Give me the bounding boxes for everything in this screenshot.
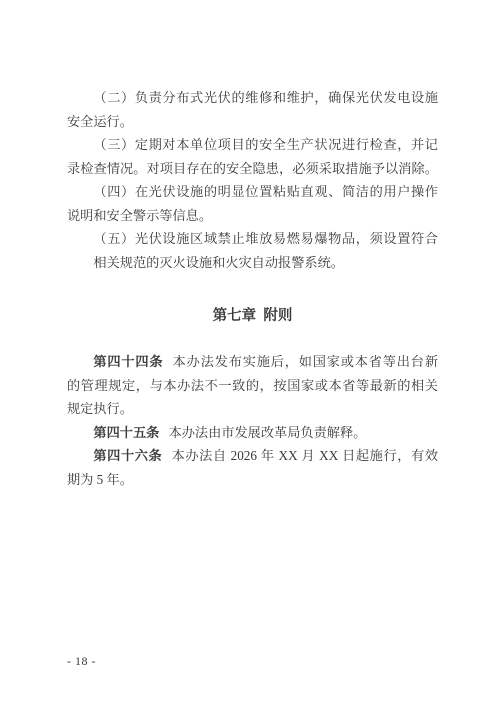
line-text: 本办法自 2026 年 XX 月 XX 日起施行，有效 xyxy=(172,448,438,463)
line-text: 安全运行。 xyxy=(67,114,133,129)
text-line: （三）定期对本单位项目的安全生产状况进行检查，并记 xyxy=(67,133,438,157)
duties-list-section: （二）负责分布式光伏的维修和维护，确保光伏发电设施安全运行。（三）定期对本单位项… xyxy=(67,86,438,274)
text-line: 规定执行。 xyxy=(67,397,438,421)
article-number-label: 第四十五条 xyxy=(93,425,159,440)
line-text: 规定执行。 xyxy=(67,401,133,416)
line-text: 录检查情况。对项目存在的安全隐患，必须采取措施予以消除。 xyxy=(67,161,438,176)
text-line: 第四十四条本办法发布实施后，如国家或本省等出台新 xyxy=(67,350,438,374)
line-text: 说明和安全警示等信息。 xyxy=(67,208,212,223)
text-line: （四）在光伏设施的明显位置粘贴直观、简洁的用户操作 xyxy=(67,180,438,204)
articles-section: 第四十四条本办法发布实施后，如国家或本省等出台新的管理规定，与本办法不一致的，按… xyxy=(67,350,438,491)
line-text: （二）负责分布式光伏的维修和维护，确保光伏发电设施 xyxy=(93,90,438,105)
line-text: 本办法发布实施后，如国家或本省等出台新 xyxy=(173,354,438,369)
text-line: 期为 5 年。 xyxy=(67,468,438,492)
line-text: 本办法由市发展改革局负责解释。 xyxy=(169,425,367,440)
line-text: 的管理规定，与本办法不一致的，按国家或本省等最新的相关 xyxy=(67,378,438,393)
line-text: 期为 5 年。 xyxy=(67,472,133,487)
text-line: 的管理规定，与本办法不一致的，按国家或本省等最新的相关 xyxy=(67,374,438,398)
text-line: 录检查情况。对项目存在的安全隐患，必须采取措施予以消除。 xyxy=(67,157,438,181)
page-number: - 18 - xyxy=(67,654,96,669)
text-line: 安全运行。 xyxy=(67,110,438,134)
line-text: （三）定期对本单位项目的安全生产状况进行检查，并记 xyxy=(93,137,438,152)
text-line: 第四十六条本办法自 2026 年 XX 月 XX 日起施行，有效 xyxy=(67,444,438,468)
document-page: （二）负责分布式光伏的维修和维护，确保光伏发电设施安全运行。（三）定期对本单位项… xyxy=(0,0,500,707)
text-line: 说明和安全警示等信息。 xyxy=(67,204,438,228)
chapter-heading: 第七章 附则 xyxy=(67,304,438,328)
line-text: 相关规范的灭火设施和火灾自动报警系统。 xyxy=(93,255,344,270)
line-text: （四）在光伏设施的明显位置粘贴直观、简洁的用户操作 xyxy=(93,184,438,199)
text-line: （二）负责分布式光伏的维修和维护，确保光伏发电设施 xyxy=(67,86,438,110)
line-text: （五）光伏设施区域禁止堆放易燃易爆物品，须设置符合 xyxy=(93,231,438,246)
text-line: （五）光伏设施区域禁止堆放易燃易爆物品，须设置符合 xyxy=(67,227,438,251)
article-number-label: 第四十四条 xyxy=(93,354,163,369)
text-line: 相关规范的灭火设施和火灾自动报警系统。 xyxy=(67,251,438,275)
text-line: 第四十五条本办法由市发展改革局负责解释。 xyxy=(67,421,438,445)
article-number-label: 第四十六条 xyxy=(93,448,162,463)
